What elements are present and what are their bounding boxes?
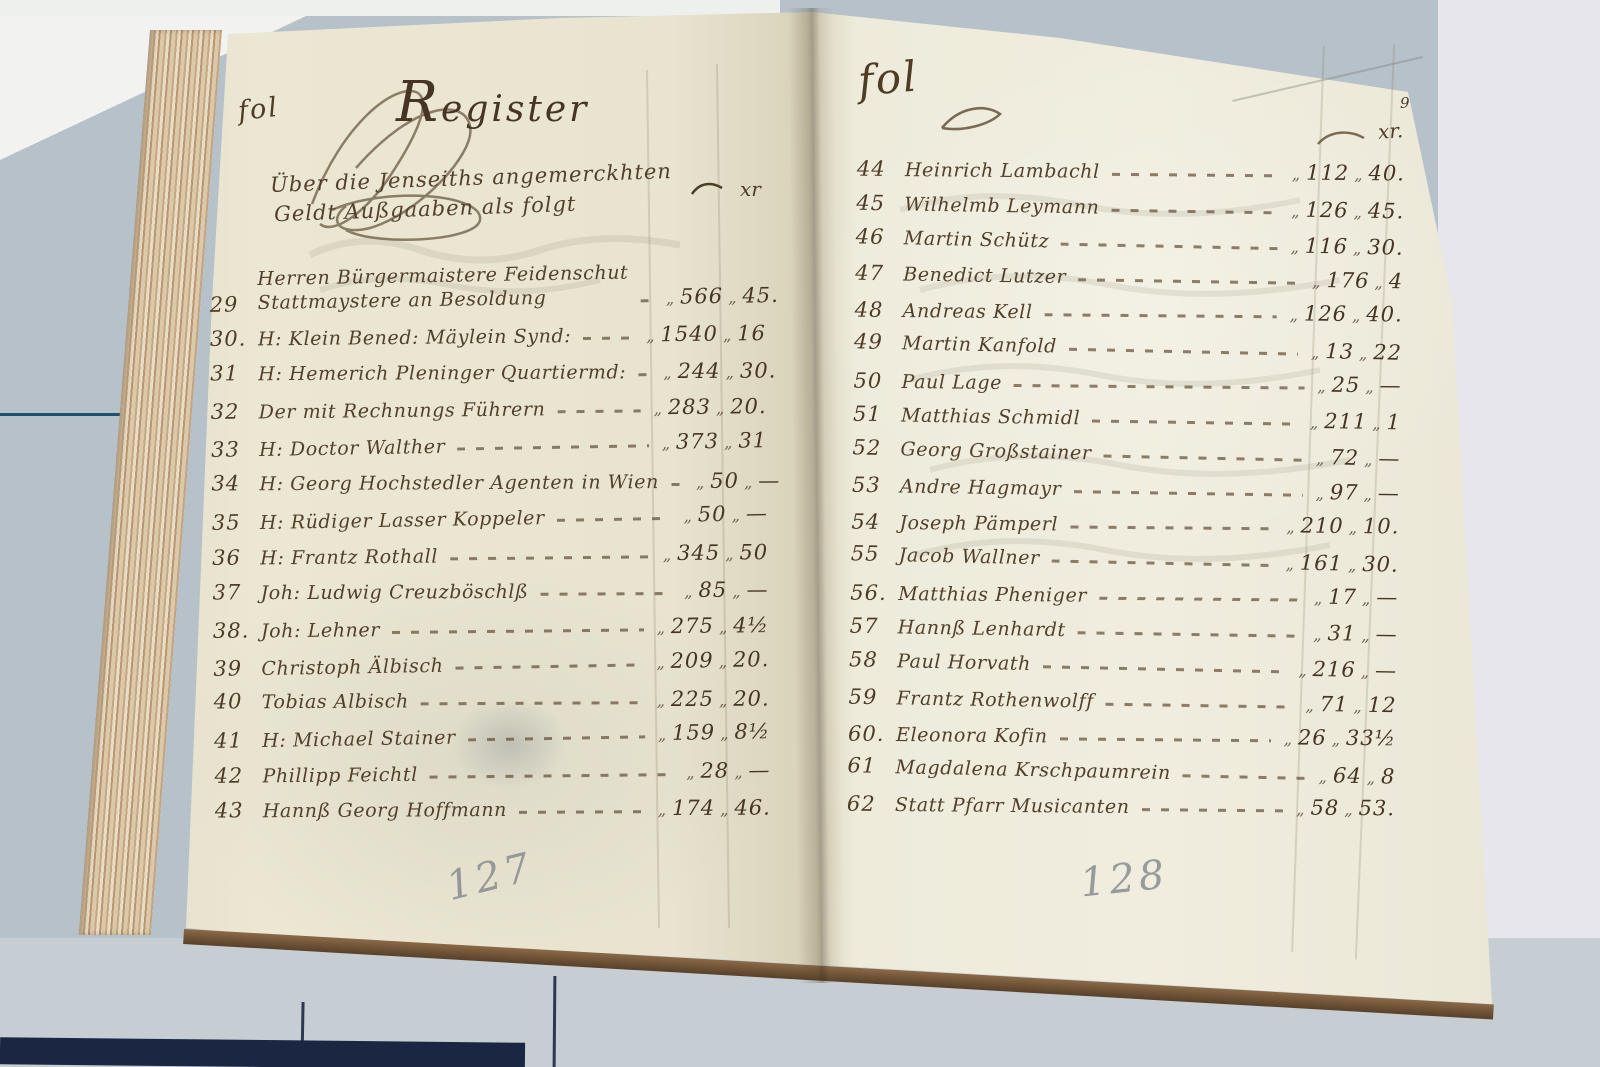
register-row: 44Heinrich Lambachl„112„40. [857,146,1405,186]
register-title: Register [396,70,589,135]
leader-dashes [430,773,673,779]
leader-dashes [450,555,650,560]
entry-amount-gulden: 112 [1306,161,1349,185]
amount-separator: „ [1292,165,1301,184]
entry-amount-gulden: 28 [700,759,729,783]
entry-name: Paul Horvath [897,651,1031,676]
column-superscript: 9 [1400,94,1410,112]
pencil-page-number-right: 128 [1078,852,1171,907]
amount-separator: „ [1362,589,1371,608]
entry-number: 32 [211,400,259,425]
entry-amount-kreuzer: 50 [739,540,768,564]
entry-amount: „210„10. [1281,514,1399,539]
entry-amount: „216„— [1293,657,1397,683]
entry-amount-kreuzer: 33½ [1346,726,1396,750]
amount-separator: „ [1298,661,1308,680]
entry-amount-kreuzer: — [1375,622,1397,646]
entry-amount-kreuzer: 31 [738,429,767,453]
manuscript-photo: fol Register Über die Jenseiths angemerc… [0,0,1600,1067]
entry-amount-gulden: 283 [668,395,711,419]
leader-dashes [519,811,645,815]
amount-separator: „ [1354,165,1363,184]
leader-dashes [1103,455,1303,462]
entry-amount-gulden: 373 [676,430,720,455]
entry-amount-kreuzer: 8½ [734,720,770,745]
entry-amount-kreuzer: 40. [1368,161,1405,185]
amount-separator: „ [656,618,665,637]
entry-amount-gulden: 566 [680,284,724,309]
entry-amount-gulden: 25 [1331,373,1360,397]
register-row: 34H: Georg Hochstedler Agenten in Wien„5… [211,456,767,495]
entry-number: 31 [210,362,258,386]
entry-name: Heinrich Lambachl [905,159,1100,183]
entry-name: H: Hemerich Pleninger Quartiermd: [258,362,626,386]
register-list-right: 44Heinrich Lambachl„112„40.45Wilhelmb Le… [847,144,1405,823]
entry-name: Andre Hagmayr [900,475,1062,500]
folio-mark-right: fol [856,51,920,105]
entry-amount: „58„53. [1291,796,1395,821]
entry-amount: „174„46. [653,796,771,821]
entry-amount: „85„— [679,578,768,602]
entry-amount-gulden: 72 [1330,446,1359,471]
leader-dashes [540,592,671,596]
entry-number: 38. [213,618,261,643]
register-row: 42Phillipp Feichtl„28„— [214,746,770,788]
leader-dashes [1069,349,1298,357]
amount-separator: „ [657,691,666,710]
entry-amount-gulden: 345 [677,540,720,564]
table-dark-edge [0,1037,525,1067]
entry-number: 59 [848,684,896,709]
entry-number: 61 [847,754,895,779]
entry-number: 51 [853,402,901,427]
entry-amount-gulden: 85 [698,578,727,602]
entry-name: Matthias Pheniger [898,583,1087,607]
amount-separator: „ [728,288,738,307]
register-row: 39Christoph Älbisch„209„20. [213,635,770,681]
entry-name: Magdalena Krschpaumrein [895,757,1171,785]
amount-separator: „ [1353,696,1363,715]
amount-separator: „ [723,326,732,345]
entry-name: Herren Bürgermaistere FeidenschutStattma… [257,260,629,316]
leader-dashes [641,299,653,302]
amount-separator: „ [1284,729,1293,748]
amount-separator: „ [686,763,695,782]
amount-separator: „ [683,507,693,526]
register-row: 33H: Doctor Walther„373„31 [211,416,768,462]
entry-amount-gulden: 97 [1330,480,1359,504]
amount-separator: „ [646,327,655,346]
amount-separator: „ [1361,662,1371,681]
entry-amount-gulden: 159 [672,721,716,746]
leader-dashes [671,483,683,486]
leader-dashes [1052,560,1273,568]
amount-separator: „ [1290,306,1299,325]
amount-separator: „ [1374,273,1384,292]
entry-number: 45 [856,190,904,215]
amount-separator: „ [663,364,672,383]
florin-mark-icon [690,180,724,198]
entry-amount-kreuzer: — [748,758,770,782]
entry-amount-kreuzer: — [1376,585,1398,609]
leader-dashes [1060,737,1271,742]
amount-separator: „ [663,545,672,564]
entry-amount: „26„33½ [1279,725,1397,750]
amount-separator: „ [1315,484,1325,503]
entry-amount-gulden: 244 [677,360,720,384]
flourish-icon [1316,128,1366,150]
amount-separator: „ [1363,485,1373,504]
entry-amount-kreuzer: 1 [1386,410,1401,434]
entry-amount: „209„20. [651,647,769,673]
amount-separator: „ [1291,201,1301,220]
amount-separator: „ [1286,518,1295,537]
entry-name: Hannß Georg Hoffmann [263,799,507,822]
amount-separator: „ [653,399,662,418]
amount-separator: „ [1365,377,1374,396]
entry-amount: „176„4 [1307,268,1403,294]
amount-separator: „ [1353,202,1363,221]
entry-amount: „31„— [1308,621,1398,646]
amount-separator: „ [1296,800,1305,819]
entry-name: Paul Lage [902,371,1003,394]
amount-separator: „ [720,800,729,819]
entry-amount-kreuzer: 10. [1363,514,1400,538]
amount-separator: „ [719,617,728,636]
entry-number: 41 [214,729,262,754]
amount-separator: „ [720,725,730,744]
entry-number: 52 [852,436,900,461]
register-row: 31H: Hemerich Pleninger Quartiermd:„244„… [210,347,766,386]
entry-amount-kreuzer: 53. [1358,797,1395,821]
leader-dashes [557,410,640,414]
register-row: 43Hannß Georg Hoffmann„174„46. [215,784,771,823]
entry-amount: „97„— [1310,480,1400,505]
register-row: 50Paul Lage„25„— [854,357,1402,397]
entry-amount-gulden: 174 [672,796,715,820]
entry-amount: „126„45. [1286,197,1404,223]
leader-dashes [1099,597,1301,602]
amount-separator: „ [726,363,735,382]
entry-name: H: Frantz Rothall [260,545,438,569]
entry-number: 57 [850,614,898,639]
leader-dashes [392,628,644,634]
register-row: 29Herren Bürgermaistere FeidenschutStatt… [209,245,766,317]
amount-separator: „ [1349,518,1358,537]
leader-dashes [1073,490,1302,497]
entry-amount-kreuzer: 46. [734,796,771,820]
leader-dashes [638,374,650,377]
amount-separator: „ [1372,414,1382,433]
amount-separator: „ [731,506,741,525]
entry-name: Martin Kanfold [902,333,1057,358]
entry-amount-kreuzer: 4½ [733,613,769,637]
entry-number: 30. [210,327,258,352]
amount-separator: „ [719,652,729,671]
leader-dashes [1092,420,1297,426]
entry-number: 50 [854,369,902,393]
entry-name: Joh: Lehner [261,619,380,642]
entry-number: 42 [214,763,262,788]
folio-mark-left: fol [236,92,280,127]
entry-amount-gulden: 26 [1298,726,1327,750]
entry-amount: „25„— [1312,373,1402,398]
entry-amount-gulden: 176 [1326,268,1369,293]
entry-amount: „373„31 [656,429,767,455]
entry-amount: „50„— [678,501,768,527]
amount-separator: „ [1314,589,1323,608]
entry-amount-kreuzer: — [1379,373,1401,397]
leader-dashes [1112,173,1279,177]
leader-dashes [1078,278,1299,284]
entry-amount-gulden: 71 [1320,692,1349,716]
entry-amount: „159„8½ [653,720,771,746]
entry-amount-gulden: 126 [1304,302,1347,326]
register-row: 62Statt Pfarr Musicanten„58„53. [847,781,1395,821]
amount-separator: „ [724,433,734,452]
leader-dashes [1078,631,1301,637]
entry-name: Phillipp Feichtl [262,764,418,788]
leader-dashes [1142,809,1284,813]
entry-amount: „275„4½ [651,613,769,638]
entry-number: 47 [855,261,903,286]
amount-separator: „ [1359,345,1369,364]
amount-separator: „ [732,582,741,601]
entry-amount-gulden: 1540 [660,322,718,347]
entry-number: 55 [851,542,899,567]
entry-amount-gulden: 161 [1300,551,1344,576]
entry-amount: „28„— [681,758,771,783]
entry-number: 46 [856,224,904,249]
entry-amount-kreuzer: 30. [740,359,777,383]
amount-separator: „ [1364,451,1374,470]
flourish-icon [938,102,1016,136]
entry-amount-gulden: 216 [1312,657,1356,682]
entry-amount: „211„1 [1305,409,1401,435]
entry-amount: „116„30. [1285,233,1404,259]
amount-separator: „ [725,544,734,563]
amount-separator: „ [1361,626,1371,645]
register-row: 37Joh: Ludwig Creuzböschlß„85„— [212,565,768,604]
amount-separator: „ [656,653,666,672]
entry-name: Tobias Albisch [262,691,409,714]
kreuzer-column-mark-left: xr [740,177,761,201]
leader-dashes [1043,666,1285,674]
entry-number: 58 [849,648,897,673]
entry-number: 49 [854,330,902,355]
entry-number: 35 [212,510,260,535]
leader-dashes [583,337,633,341]
entry-amount: „17„— [1309,584,1399,609]
entry-amount-kreuzer: 30. [1367,235,1404,260]
entry-amount-kreuzer: 4 [1389,269,1404,293]
entry-name: H: Michael Stainer [262,727,456,752]
entry-number: 34 [211,471,259,495]
entry-amount-gulden: 126 [1305,197,1348,222]
entry-amount-kreuzer: 20. [730,394,767,418]
register-row: 30.H: Klein Bened: Mäylein Synd:„1540„16 [210,309,766,351]
entry-amount-gulden: 31 [1327,621,1356,645]
entry-name: Jacob Wallner [899,545,1040,570]
leader-dashes [1111,208,1278,214]
entry-amount: „72„— [1311,446,1401,472]
leader-dashes [1045,314,1277,319]
leader-dashes [468,736,645,742]
entry-name: Benedict Lutzer [903,264,1066,289]
entry-number: 37 [212,580,260,604]
entry-amount: „244„30. [658,359,776,384]
entry-amount-kreuzer: 16 [737,321,766,345]
entry-name: Georg Großstainer [900,439,1092,465]
entry-number: 44 [857,157,905,181]
entry-amount-kreuzer: — [1378,447,1400,471]
leader-dashes [421,701,644,705]
entry-amount-kreuzer: 45. [742,283,779,308]
amount-separator: „ [1353,239,1363,258]
entry-amount: „566„45. [661,283,779,309]
entry-amount-kreuzer: 45. [1368,198,1405,223]
entry-amount: „345„50 [658,540,769,565]
amount-separator: „ [684,582,693,601]
entry-number: 36 [212,545,260,570]
amount-separator: „ [1311,344,1321,363]
amount-separator: „ [1316,450,1326,469]
leader-dashes [1014,384,1304,390]
entry-number: 62 [847,792,895,816]
entry-amount-kreuzer: 20. [733,647,770,672]
entry-amount-gulden: 210 [1300,514,1343,538]
entry-amount: „112„40. [1287,161,1405,186]
amount-separator: „ [662,434,672,453]
entry-amount-gulden: 209 [670,648,714,673]
register-list-left: 29Herren Bürgermaistere FeidenschutStatt… [209,247,771,824]
entry-amount-kreuzer: — [746,501,768,525]
entry-amount-gulden: 116 [1305,234,1349,259]
entry-name: Statt Pfarr Musicanten [895,795,1130,819]
amount-separator: „ [696,473,705,492]
leader-dashes [456,663,644,669]
entry-amount: „126„40. [1285,302,1403,327]
entry-amount-gulden: 275 [671,613,714,637]
entry-number: 56. [850,580,898,604]
entry-amount-kreuzer: — [1378,481,1400,505]
amount-separator: „ [1313,625,1323,644]
kreuzer-column-mark-right: xr. [1377,118,1404,144]
leader-dashes [1106,702,1293,708]
amount-separator: „ [1317,377,1326,396]
entry-amount: „71„12 [1300,692,1396,718]
entry-amount-gulden: 17 [1328,585,1357,609]
leader-dashes [457,445,648,451]
entry-number: 40 [214,689,262,713]
amount-separator: „ [1290,237,1300,256]
entry-amount-gulden: 50 [698,502,727,526]
entry-amount: „1540„16 [641,321,766,346]
entry-amount-kreuzer: 12 [1368,693,1397,717]
entry-name: Joh: Ludwig Creuzböschlß [260,581,528,604]
entry-amount-kreuzer: — [746,578,768,602]
amount-separator: „ [1285,555,1295,574]
amount-separator: „ [1344,801,1353,820]
entry-number: 29 [209,292,257,317]
amount-separator: „ [716,399,725,418]
amount-separator: „ [1312,272,1322,291]
leader-dashes [1070,526,1273,531]
table-surface-top [0,0,780,16]
amount-separator: „ [658,801,667,820]
amount-separator: „ [658,726,668,745]
leader-dashes [1061,242,1277,250]
amount-separator: „ [1352,306,1361,325]
entry-amount-gulden: 58 [1310,796,1339,820]
amount-separator: „ [666,289,676,308]
entry-amount-kreuzer: — [1375,659,1397,683]
amount-separator: „ [1310,413,1320,432]
amount-separator: „ [734,762,743,781]
entry-number: 53 [852,473,900,498]
register-row: 56.Matthias Pheniger„17„— [850,569,1398,609]
entry-name: Martin Schütz [904,227,1050,252]
amount-separator: „ [1332,730,1341,749]
entry-amount-kreuzer: 40. [1366,303,1403,327]
leader-dashes [1183,775,1306,781]
amount-separator: „ [1348,556,1358,575]
entry-number: 43 [215,799,263,823]
entry-name: Frantz Rothenwolff [896,687,1094,712]
amount-separator: „ [1305,696,1315,715]
leader-dashes [557,517,671,522]
entry-amount-gulden: 211 [1324,409,1367,434]
